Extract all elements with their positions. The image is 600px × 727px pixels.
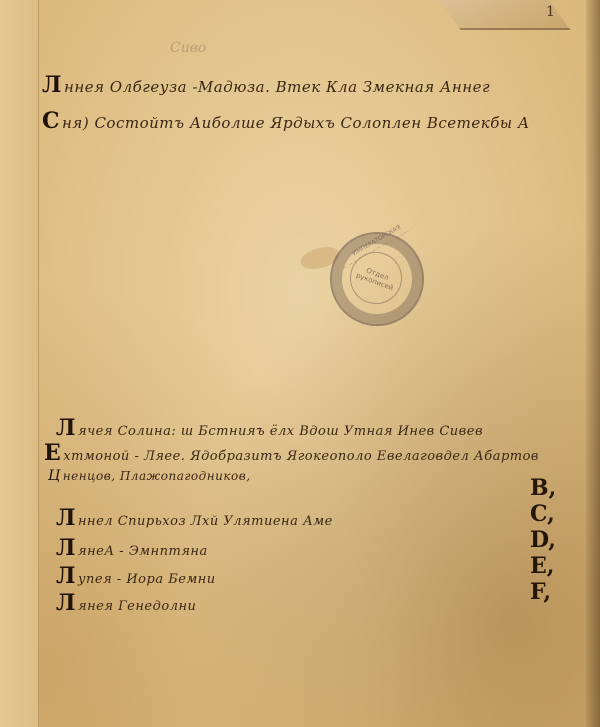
- margin-letter-d: D,: [530, 527, 556, 553]
- page-right-edge-shadow: [586, 0, 600, 727]
- drop-initial: С: [42, 108, 60, 134]
- drop-initial: Л: [56, 535, 76, 561]
- manuscript-page: 1 Сиво Лннея Олбгеуза ‑Мадюза. Втек Кла …: [0, 0, 600, 727]
- pencil-note: Сиво: [170, 40, 206, 56]
- margin-letter-b: B,: [530, 475, 556, 501]
- drop-initial: Л: [42, 72, 62, 98]
- lower-line-3: Цненцов, Плажопагодников,: [48, 468, 251, 484]
- margin-letter-column: B, C, D, E, F,: [530, 475, 556, 605]
- drop-initial: Л: [56, 415, 76, 441]
- list-line-4: Лянея Генедолни: [56, 590, 196, 616]
- line-text: хтмоной ‑ Ляее. Ядобразитъ Ягокеополо Ев…: [63, 449, 539, 464]
- lower-line-2: Ехтмоной ‑ Ляее. Ядобразитъ Ягокеополо Е…: [44, 440, 539, 466]
- line-text: упея ‑ Иора Бемни: [78, 572, 216, 587]
- header-line-2: Сня) Состойтъ Аиболше Ярдыхъ Солоплен Вс…: [42, 108, 530, 134]
- line-text: ненцов, Плажопагодников,: [63, 469, 251, 483]
- margin-letter-f: F,: [530, 579, 551, 605]
- page-left-edge: [0, 0, 39, 727]
- drop-initial: Л: [56, 505, 76, 531]
- list-line-2: ЛянеА ‑ Эмнптяна: [56, 535, 208, 561]
- line-text: ннея Олбгеуза ‑Мадюза. Втек Кла Змекная …: [64, 78, 490, 96]
- drop-initial: Л: [56, 590, 76, 616]
- drop-initial: Л: [56, 563, 76, 589]
- line-text: янея Генедолни: [78, 599, 196, 614]
- header-line-1: Лннея Олбгеуза ‑Мадюза. Втек Кла Змекная…: [42, 72, 490, 98]
- list-line-3: Лупея ‑ Иора Бемни: [56, 563, 216, 589]
- line-text: ячея Солина: ш Бстнияъ ёлх Вдош Утная Ин…: [78, 424, 483, 439]
- list-line-1: Лннел Спирьхоз Лхй Улятиена Аме: [56, 505, 333, 531]
- drop-initial: Е: [44, 440, 61, 466]
- library-stamp: ИМПЕРАТОРСКАЯ ПУБЛИЧНАЯ БИБЛИОТЕКА • ГОС…: [330, 232, 424, 326]
- line-text: янеА ‑ Эмнптяна: [78, 544, 208, 559]
- folio-number: 1: [546, 4, 555, 20]
- margin-letter-c: C,: [530, 501, 555, 527]
- lower-line-1: Лячея Солина: ш Бстнияъ ёлх Вдош Утная И…: [56, 415, 483, 441]
- line-text: ня) Состойтъ Аиболше Ярдыхъ Солоплен Все…: [62, 114, 530, 132]
- drop-initial: Ц: [48, 468, 61, 484]
- line-text: ннел Спирьхоз Лхй Улятиена Аме: [78, 514, 333, 529]
- margin-letter-e: E,: [530, 553, 554, 579]
